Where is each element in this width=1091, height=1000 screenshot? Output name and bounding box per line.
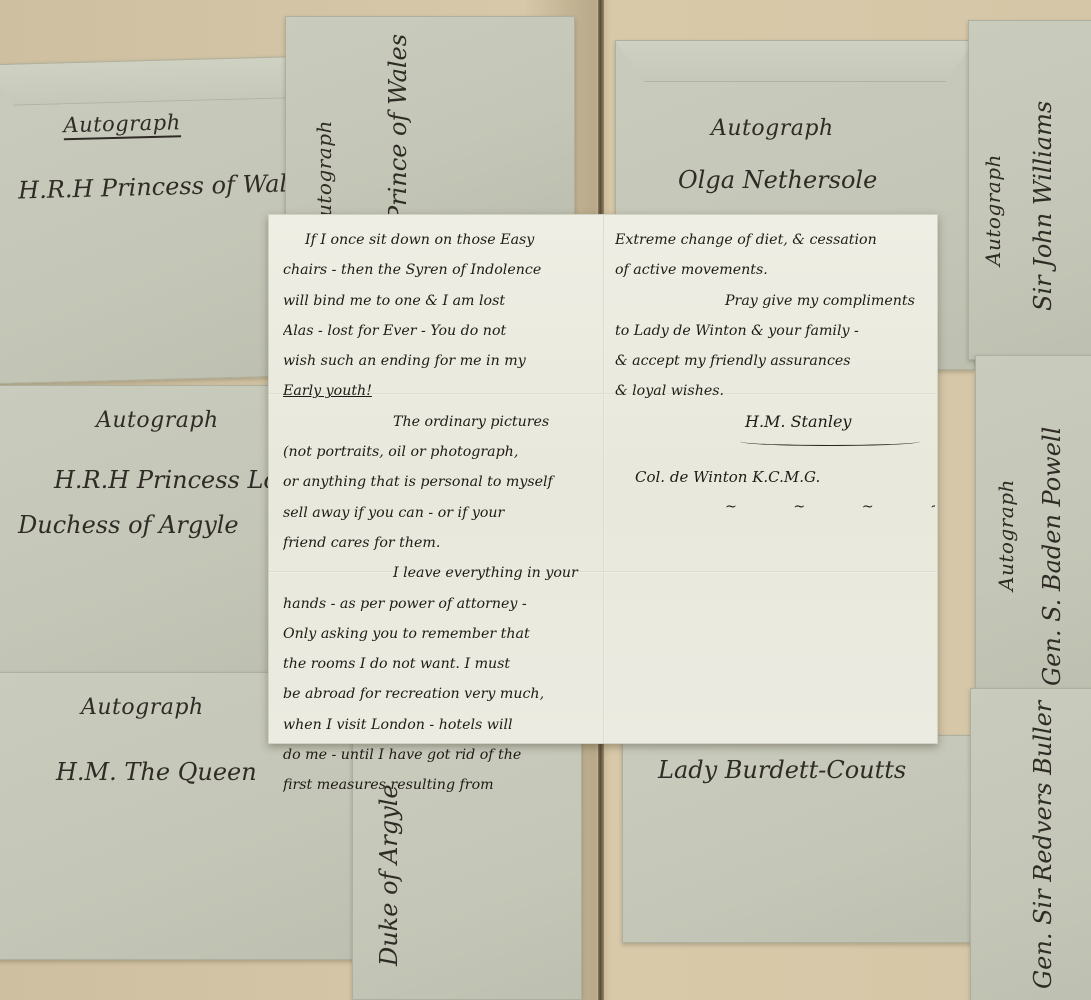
envelope-name: H.R.H Princess of Wales	[18, 169, 314, 205]
letter-line: to Lady de Winton & your family -	[615, 316, 935, 346]
letter-line: Early youth!	[283, 376, 603, 406]
handwritten-letter: If I once sit down on those Easy chairs …	[268, 214, 938, 744]
photograph-scene: Autograph H.R.H Princess of Wales Autogr…	[0, 0, 1091, 1000]
envelope-prince-of-wales: Autograph Prince of Wales	[285, 16, 575, 216]
envelope-name: Gen. S. Baden Powell	[1038, 427, 1066, 686]
letter-fold-vertical	[603, 215, 605, 743]
letter-line: wish such an ending for me in my	[283, 346, 603, 376]
envelope-name: Duke of Argyle	[375, 784, 403, 966]
letter-signature: H.M. Stanley	[615, 407, 935, 437]
envelope-label: Autograph	[81, 695, 204, 720]
letter-line: If I once sit down on those Easy	[283, 225, 603, 255]
envelope-duchess-of-argyle: Autograph H.R.H Princess Louise Duchess …	[0, 385, 280, 685]
envelope-baden-powell: Autograph Gen. S. Baden Powell	[975, 355, 1091, 690]
letter-line: of active movements.	[615, 255, 935, 285]
letter-line: or anything that is personal to myself	[283, 467, 603, 497]
letter-line: Only asking you to remember that	[283, 619, 603, 649]
letter-line: when I visit London - hotels will	[283, 710, 603, 740]
letter-line: be abroad for recreation very much,	[283, 679, 603, 709]
envelope-burdett-coutts: Lady Burdett-Coutts	[622, 735, 972, 943]
letter-line: (not portraits, oil or photograph,	[283, 437, 603, 467]
letter-line: Pray give my compliments	[615, 286, 935, 316]
envelope-label: Autograph	[994, 479, 1018, 591]
envelope-name: Olga Nethersole	[678, 166, 877, 194]
envelope-name-line2: Duchess of Argyle	[18, 511, 239, 539]
letter-line: & loyal wishes.	[615, 376, 935, 406]
letter-marks: ~ ~ ~ ~	[615, 492, 935, 522]
letter-line: friend cares for them.	[283, 528, 603, 558]
envelope-label: Autograph	[981, 154, 1005, 266]
letter-line: Alas - lost for Ever - You do not	[283, 316, 603, 346]
letter-line: Extreme change of diet, & cessation	[615, 225, 935, 255]
letter-line: I leave everything in your	[283, 558, 603, 588]
letter-line: The ordinary pictures	[283, 407, 603, 437]
letter-line: the rooms I do not want. I must	[283, 649, 603, 679]
envelope-label: Autograph	[63, 110, 181, 137]
envelope-flap	[0, 57, 311, 106]
envelope-label: Autograph	[711, 116, 834, 141]
letter-line: hands - as per power of attorney -	[283, 589, 603, 619]
envelope-label: Autograph	[96, 408, 219, 433]
envelope-flap	[616, 41, 974, 82]
letter-line: & accept my friendly assurances	[615, 346, 935, 376]
envelope-name: Sir John Williams	[1029, 101, 1057, 311]
envelope-sir-john-williams: Autograph Sir John Williams	[968, 20, 1091, 360]
envelope-name: Gen. Sir Redvers Buller	[1029, 701, 1057, 989]
envelope-redvers-buller: Gen. Sir Redvers Buller	[970, 688, 1091, 1000]
letter-left-page: If I once sit down on those Easy chairs …	[283, 225, 603, 801]
letter-line: sell away if you can - or if your	[283, 498, 603, 528]
letter-line: chairs - then the Syren of Indolence	[283, 255, 603, 285]
signature-flourish	[740, 437, 920, 446]
letter-line: will bind me to one & I am lost	[283, 286, 603, 316]
letter-right-page: Extreme change of diet, & cessation of a…	[615, 225, 935, 523]
letter-line: do me - until I have got rid of the	[283, 740, 603, 770]
envelope-name: H.M. The Queen	[56, 758, 257, 786]
letter-addressee: Col. de Winton K.C.M.G.	[615, 462, 935, 492]
envelope-name: Prince of Wales	[384, 34, 412, 222]
letter-line: first measures resulting from	[283, 770, 603, 800]
envelope-name: Lady Burdett-Coutts	[658, 756, 906, 784]
